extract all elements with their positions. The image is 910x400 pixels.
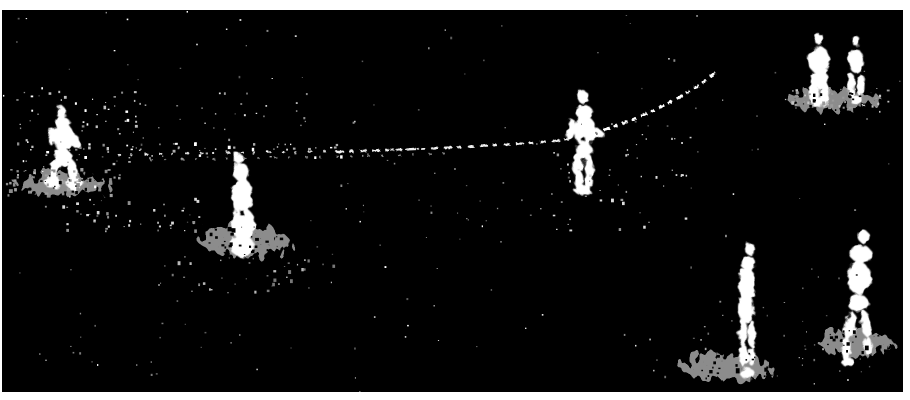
image-background — [2, 10, 903, 392]
heat-splash — [788, 91, 882, 109]
thermal-image-canvas — [0, 0, 910, 400]
heat-splash — [681, 355, 773, 381]
person-bottom-right — [738, 243, 756, 378]
thermal-surveillance-image — [0, 0, 910, 400]
thermal-scene — [2, 10, 903, 392]
